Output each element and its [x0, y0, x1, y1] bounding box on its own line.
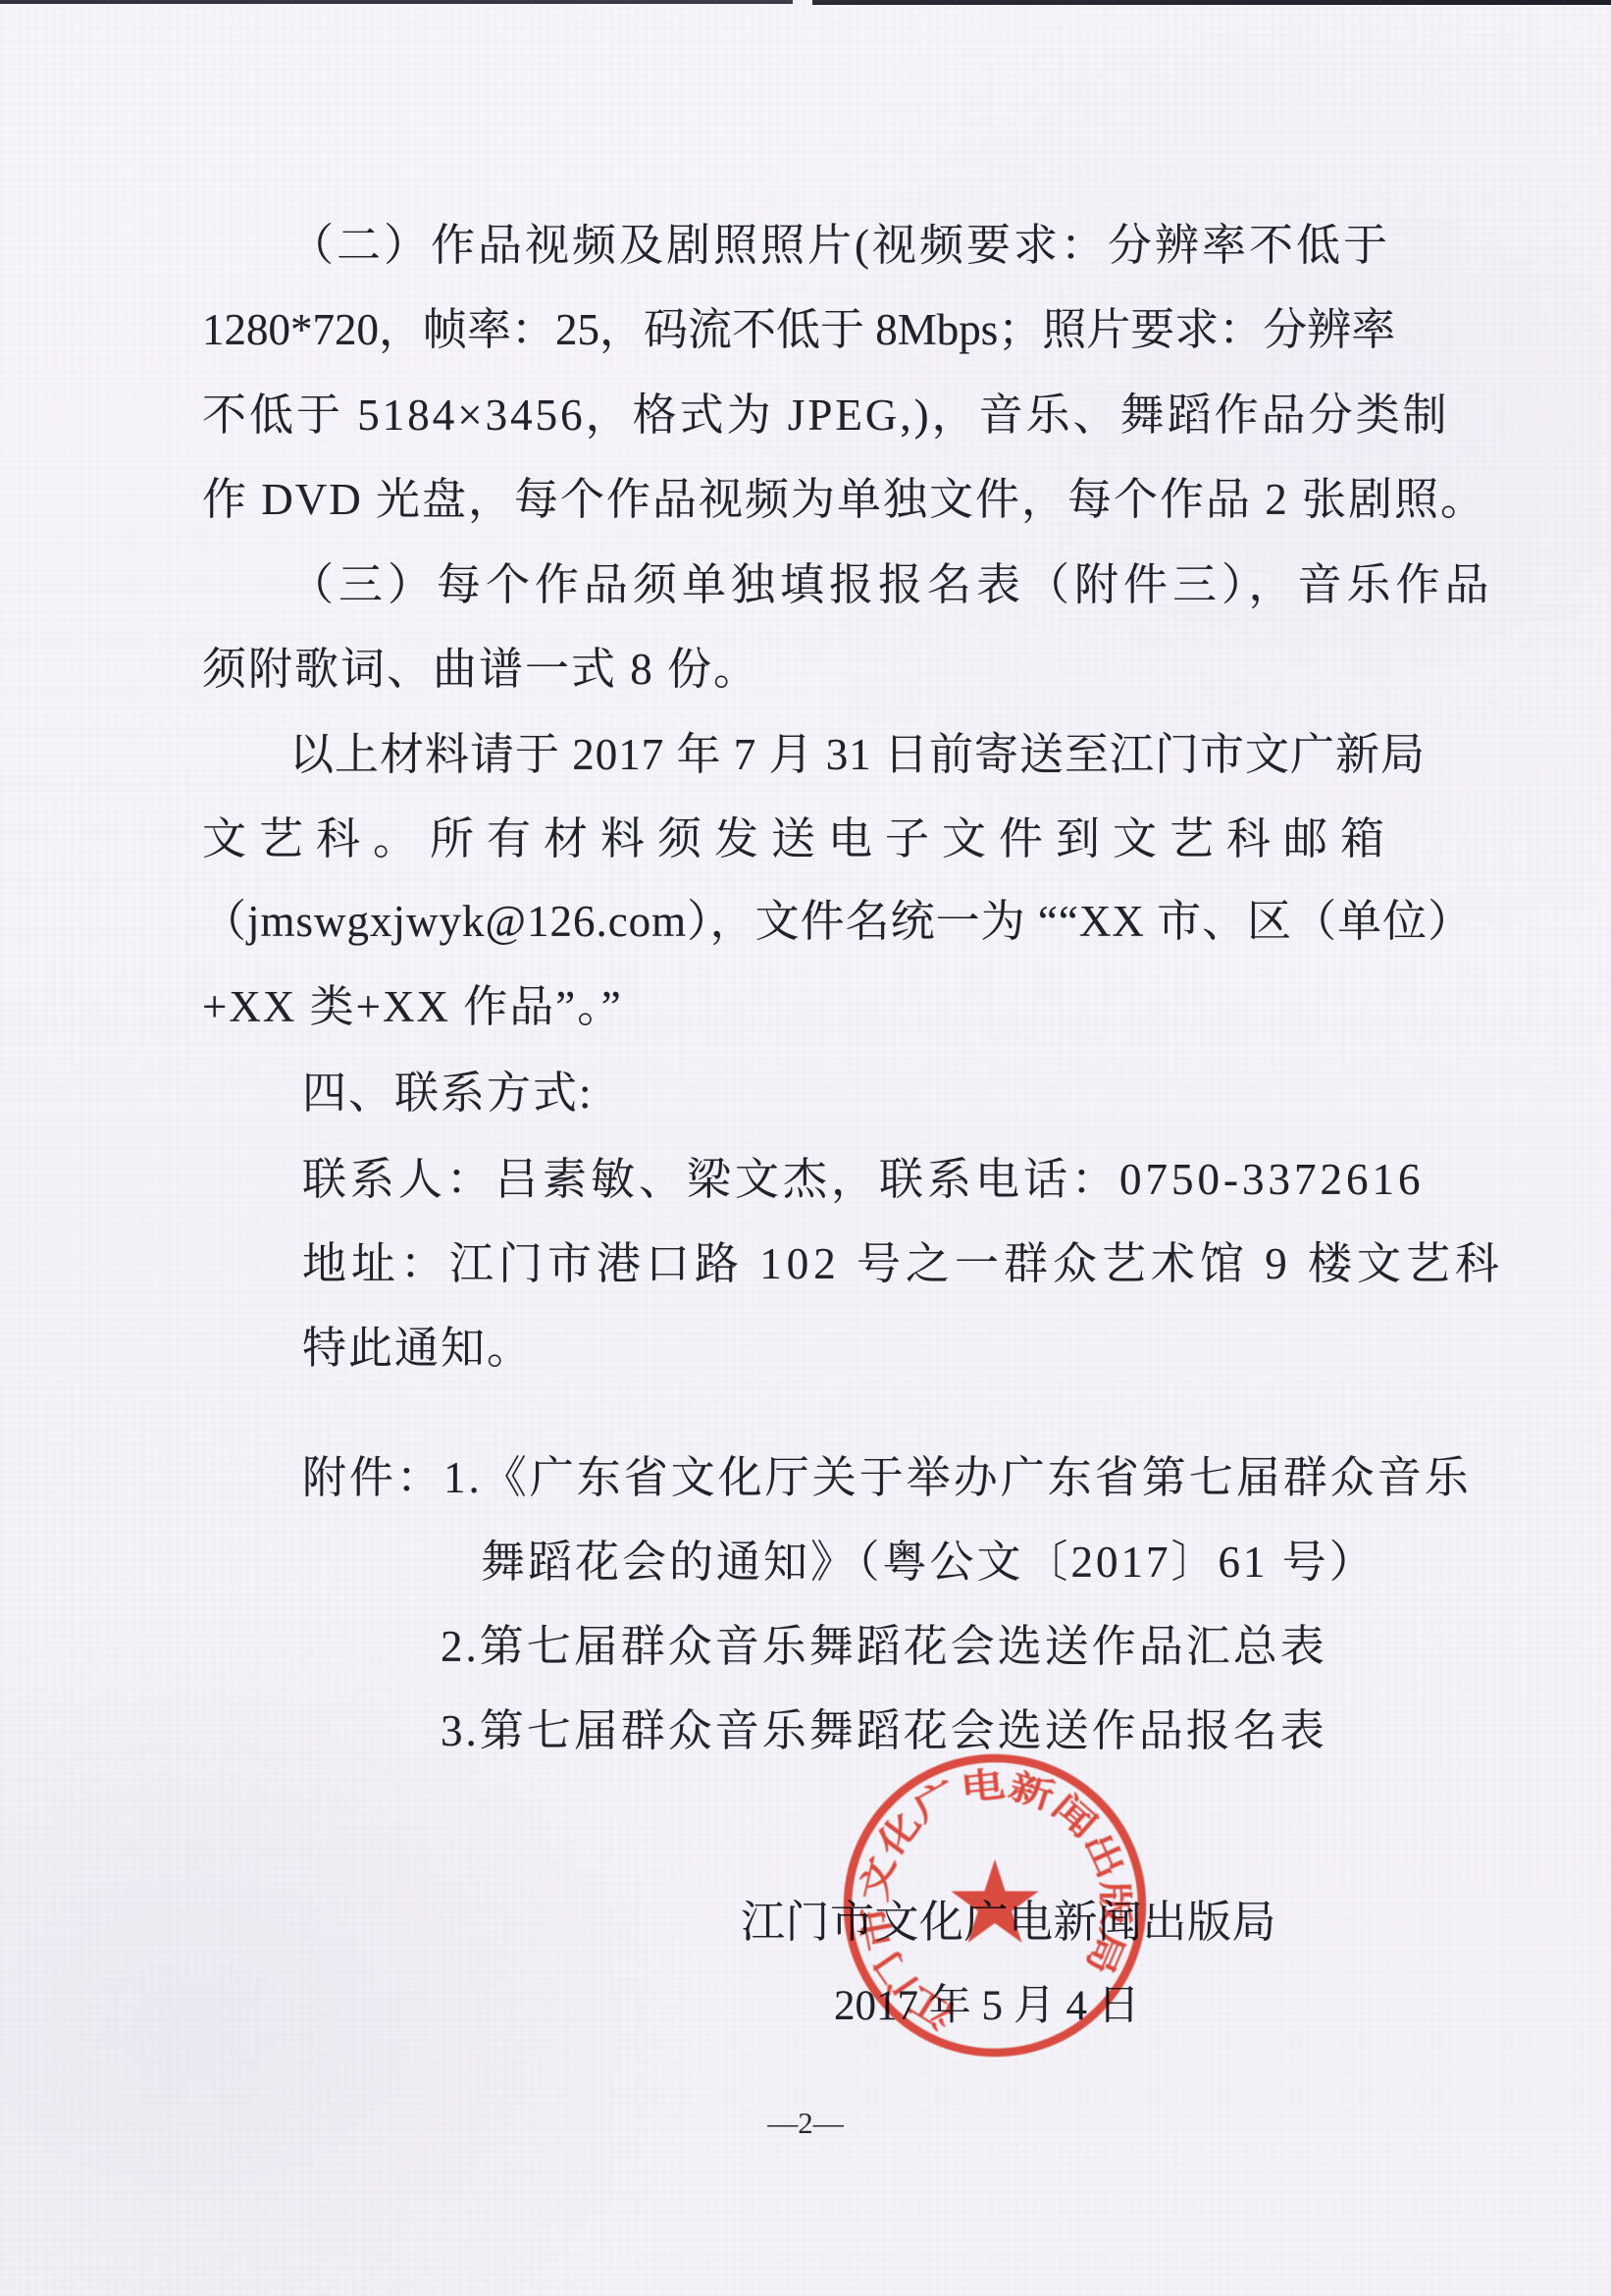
doc-line: 须附歌词、曲谱一式 8 份。 [202, 648, 759, 692]
doc-line: 联系人：吕素敏、梁文杰，联系电话：0750-3372616 [302, 1158, 1425, 1202]
doc-line: 1280*720，帧率：25，码流不低于 8Mbps；照片要求：分辨率 [202, 308, 1395, 352]
doc-line: 作 DVD 光盘，每个作品视频为单独文件，每个作品 2 张剧照。 [202, 478, 1486, 522]
scanned-document-page: （二）作品视频及剧照照片(视频要求：分辨率不低于 1280*720，帧率：25，… [0, 0, 1611, 2296]
star-icon [951, 1859, 1038, 1943]
attachment-list-line: 2.第七届群众音乐舞蹈花会选送作品汇总表 [441, 1625, 1327, 1669]
doc-line: 以上材料请于 2017 年 7 月 31 日前寄送至江门市文广新局 [289, 733, 1426, 777]
doc-line: （jmswgxjwyk@126.com），文件名统一为 ““XX 市、区（单位） [202, 900, 1473, 944]
doc-line: 特此通知。 [302, 1327, 533, 1371]
doc-line: 不低于 5184×3456，格式为 JPEG,)，音乐、舞蹈作品分类制 [202, 393, 1450, 438]
doc-line: 文艺科。所有材料须发送电子文件到文艺科邮箱 [202, 817, 1397, 861]
attachment-list-line: 附件：1.《广东省文化厅关于举办广东省第七届群众音乐 [302, 1456, 1472, 1500]
doc-line: 地址：江门市港口路 102 号之一群众艺术馆 9 楼文艺科 [302, 1242, 1504, 1286]
page-number: —2— [0, 2108, 1611, 2138]
scan-edge-artifact [0, 0, 793, 4]
doc-line: +XX 类+XX 作品”。” [202, 985, 623, 1029]
attachment-list-line: 舞蹈花会的通知》（粤公文〔2017〕61 号） [481, 1540, 1377, 1585]
doc-line: 四、联系方式: [302, 1071, 594, 1116]
doc-line: （三）每个作品须单独填报报名表（附件三），音乐作品 [289, 563, 1494, 607]
official-seal: 江门市文化广电新闻出版局 [828, 1739, 1162, 2072]
doc-line: （二）作品视频及剧照照片(视频要求：分辨率不低于 [289, 224, 1390, 268]
scan-edge-artifact [812, 0, 1611, 5]
